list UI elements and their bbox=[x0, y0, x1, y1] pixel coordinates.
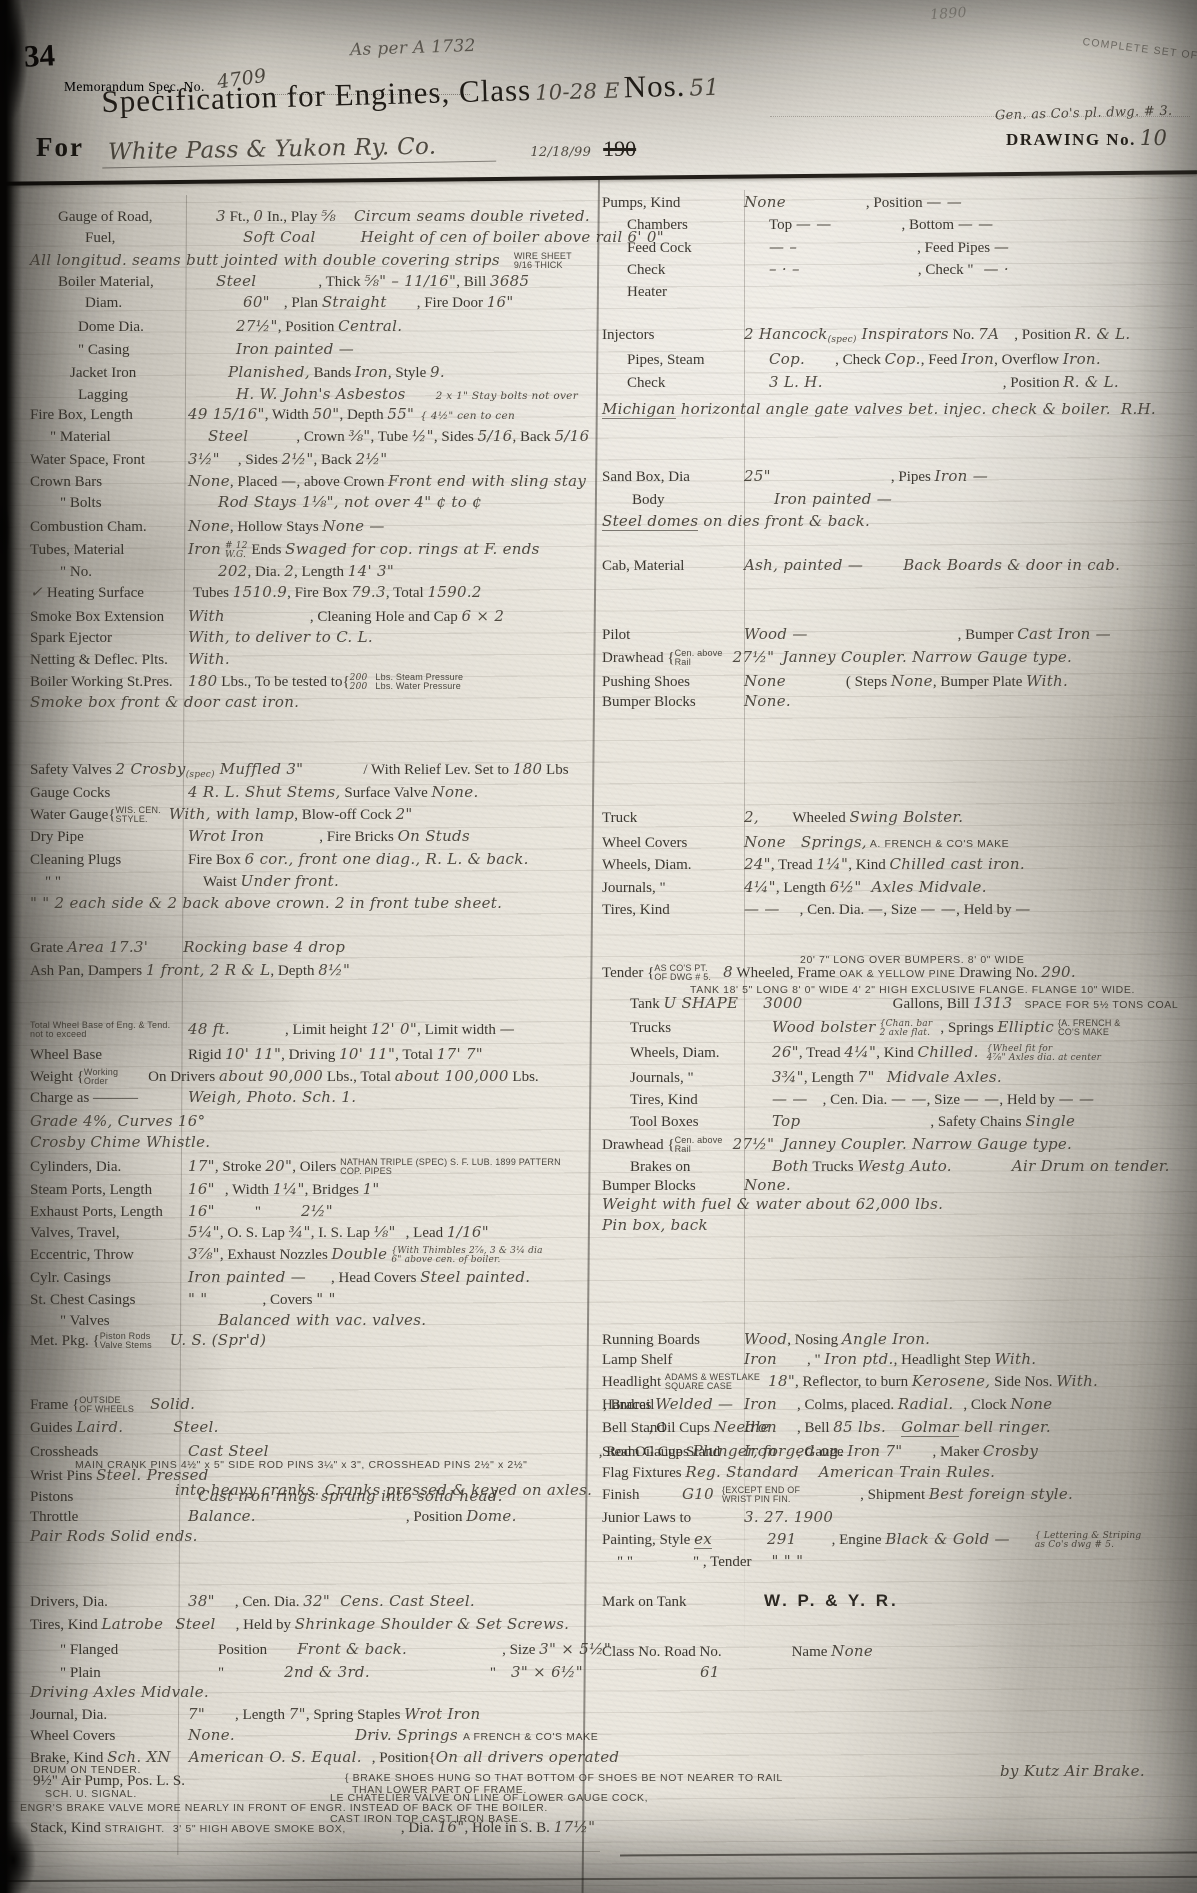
handwritten-text: 7A bbox=[978, 325, 999, 343]
row-truck-tires: Tires, Kind— —, Cen. Dia. —, Size — —, H… bbox=[602, 900, 1031, 919]
printed-text: Combustion Cham. bbox=[30, 518, 188, 536]
printed-text: Wheels, Diam. bbox=[602, 1044, 772, 1062]
handwritten-text: ¾" bbox=[289, 1223, 311, 1241]
handwritten-text: None. bbox=[432, 783, 479, 801]
handwritten-text: 1/16" bbox=[447, 1223, 489, 1241]
row-dome-casing: " CasingIron painted — bbox=[30, 340, 354, 359]
printed-text: Trucks bbox=[809, 1159, 857, 1175]
printed-text: , Engine bbox=[832, 1532, 886, 1548]
printed-text: Crown Bars bbox=[30, 473, 188, 491]
row-gauge-of-road: Gauge of Road,3 Ft., 0 In., Play ⅝Circum… bbox=[30, 207, 590, 226]
printed-text: Frame { bbox=[30, 1397, 79, 1413]
printed-text: , Total bbox=[395, 1047, 437, 1063]
handwritten-text: 5/16 bbox=[478, 427, 513, 445]
printed-text: , Length bbox=[776, 880, 830, 896]
handwritten-text: Rocking base 4 drop bbox=[183, 938, 345, 956]
row-junior-laws: Junior Laws to3. 27. 1900 bbox=[602, 1508, 833, 1527]
row-pilot: PilotWood —, Bumper Cast Iron — bbox=[602, 625, 1111, 644]
handwritten-text: 291 bbox=[767, 1530, 797, 1548]
printed-text: , Depth bbox=[339, 407, 387, 423]
handwritten-text: on dies front & back. bbox=[698, 512, 870, 530]
printed-text: Exhaust Ports, Length bbox=[30, 1203, 188, 1221]
row-lagging: LaggingH. W. John's Asbestos2 x 1" Stay … bbox=[30, 385, 578, 405]
printed-text: Truck bbox=[602, 809, 744, 827]
row-total-wheel-base: Total Wheel Base of Eng. & Tend. not to … bbox=[30, 1020, 515, 1040]
handwritten-text: {With Thimbles 2⅞, 3 & 3¼ dia 6" above c… bbox=[391, 1247, 542, 1266]
printed-text: Pushing Shoes bbox=[602, 673, 744, 691]
handwritten-text: Weight with fuel & water about 62,000 lb… bbox=[602, 1195, 943, 1213]
printed-text: Drivers, Dia. bbox=[30, 1593, 188, 1611]
printed-text: , Bumper bbox=[958, 627, 1018, 643]
handwritten-text: by Kutz Air Brake. bbox=[1000, 1762, 1145, 1780]
row-tender-tires: Tires, Kind— —, Cen. Dia. — —, Size — —,… bbox=[602, 1090, 1094, 1109]
row-tank: Tank U SHAPE3000Gallons, Bill 1313SPACE … bbox=[602, 994, 1178, 1014]
handwritten-text: Chilled cast iron. bbox=[889, 855, 1024, 873]
handwritten-text: None bbox=[891, 672, 933, 690]
printed-text: 3' 5" HIGH ABOVE SMOKE BOX, bbox=[173, 1823, 346, 1835]
printed-text: {A. FRENCH & CO'S MAKE bbox=[1058, 1019, 1120, 1038]
printed-text: Dome Dia. bbox=[30, 318, 236, 336]
handwritten-text: 2" bbox=[396, 805, 413, 823]
printed-text: St. Chest Casings bbox=[30, 1291, 188, 1309]
printed-text: " Casing bbox=[30, 341, 236, 359]
handwritten-text: Iron 7" bbox=[847, 1442, 902, 1460]
handwritten-text: U. S. (Spr'd) bbox=[170, 1331, 266, 1349]
handwritten-text: Steel bbox=[175, 1615, 215, 1633]
row-tool-boxes: Tool BoxesTop, Safety Chains Single bbox=[602, 1112, 1075, 1131]
printed-text: Check bbox=[602, 261, 769, 279]
handwritten-text: {Chan. bar 2 axle flat. bbox=[880, 1020, 933, 1039]
printed-text: Tires, Kind bbox=[602, 901, 744, 919]
handwritten-text: 20" bbox=[265, 1157, 292, 1175]
printed-text: , Length bbox=[294, 564, 348, 580]
handwritten-text: ⅛" bbox=[374, 1223, 396, 1241]
row-crown-bolts: " BoltsRod Stays 1⅛", not over 4" ¢ to ¢ bbox=[30, 493, 482, 512]
handwritten-text: Cast iron rings sprung into solid head. bbox=[198, 1487, 503, 1505]
row-smokebox-front: Smoke box front & door cast iron. bbox=[30, 693, 299, 712]
handwritten-text: Single bbox=[1025, 1112, 1075, 1130]
printed-text: , Bridges bbox=[305, 1182, 363, 1198]
printed-text: , Gauge bbox=[797, 1444, 847, 1460]
printed-text: Lagging bbox=[30, 386, 236, 404]
handwritten-text: None bbox=[744, 193, 786, 211]
printed-text: Ends bbox=[248, 542, 286, 558]
row-tubes-no: " No.202, Dia. 2, Length 14' 3" bbox=[30, 562, 394, 581]
row-longitud-seams: All longitud. seams butt jointed with do… bbox=[30, 251, 572, 271]
for-label: For bbox=[36, 132, 84, 162]
printed-text: Name bbox=[792, 1644, 832, 1660]
row-truck-wheel-covers: Wheel CoversNoneSprings, A. FRENCH & CO'… bbox=[602, 833, 1009, 853]
handwritten-text: Dome. bbox=[466, 1507, 516, 1525]
row-truck: Truck2, Wheeled Swing Bolster. bbox=[602, 808, 963, 827]
printed-text: , Kind bbox=[848, 857, 889, 873]
handwritten-text: 50" bbox=[313, 405, 340, 423]
printed-text: , Kind bbox=[876, 1045, 917, 1061]
printed-text: Weight { bbox=[30, 1069, 84, 1085]
handwritten-text: G10 bbox=[682, 1485, 714, 1503]
handwritten-text: 61 bbox=[700, 1663, 720, 1681]
handwritten-text: Central. bbox=[338, 317, 402, 335]
row-pushing-shoes: Pushing ShoesNone( Steps None, Bumper Pl… bbox=[602, 672, 1068, 691]
row-pin-box: Pin box, back bbox=[602, 1216, 708, 1235]
handwritten-text: 24" bbox=[744, 855, 771, 873]
row-dome-dia: Dome Dia.27½", Position Central. bbox=[30, 317, 402, 336]
handwritten-text: None bbox=[188, 517, 230, 535]
handwritten-text: 6½" bbox=[830, 878, 862, 896]
handwritten-text: 17½" bbox=[554, 1818, 596, 1836]
printed-text: , Placed bbox=[230, 474, 281, 490]
printed-text: , Cen. Dia. bbox=[800, 902, 868, 918]
printed-text: Water Space, Front bbox=[30, 451, 188, 469]
handwritten-text: 16" bbox=[438, 1818, 465, 1836]
handwritten-text: 3. 27. 1900 bbox=[744, 1508, 833, 1526]
row-tender-drawhead: Drawhead {Cen. above Rail27½"Janney Coup… bbox=[602, 1135, 1072, 1155]
row-michigan-note: Michigan horizontal angle gate valves be… bbox=[602, 400, 1156, 419]
printed-text: , Fire Door bbox=[417, 295, 487, 311]
printed-text: , Position bbox=[278, 319, 338, 335]
printed-text: Injectors bbox=[602, 326, 744, 344]
handwritten-text: 3¾" bbox=[772, 1068, 804, 1086]
handwritten-text: Iron painted — bbox=[774, 490, 892, 508]
handwritten-text: 180 bbox=[513, 760, 543, 778]
row-cleaning-extra: " " 2 each side & 2 back above crown. 2 … bbox=[30, 894, 502, 913]
printed-text: , Dia. bbox=[401, 1820, 438, 1836]
handwritten-text: 5/16 bbox=[555, 427, 590, 445]
printed-text: Tank bbox=[602, 996, 664, 1012]
handwritten-text: Iron painted — bbox=[236, 340, 354, 358]
handwritten-text: 0 bbox=[253, 207, 263, 225]
row-tires-plain: " Plain"2nd & 3rd."3" × 6½" bbox=[30, 1663, 583, 1682]
title-nos-value: 51 bbox=[689, 75, 720, 102]
handwritten-text: On Studs bbox=[398, 827, 470, 845]
printed-text: , O. S. Lap bbox=[220, 1225, 289, 1241]
row-water-space: Water Space, Front3½", Sides 2½", Back 2… bbox=[30, 450, 388, 469]
row-tires-flanged: " FlangedPositionFront & back., Size 3" … bbox=[30, 1640, 611, 1659]
handwritten-text: — — bbox=[926, 193, 962, 211]
handwritten-text: 3 bbox=[216, 207, 226, 225]
printed-text: Wheel Base bbox=[30, 1046, 188, 1064]
handwritten-text: Springs, bbox=[801, 833, 867, 851]
handwritten-text: U SHAPE bbox=[664, 994, 739, 1012]
row-painting: Painting, Style ex291, Engine Black & Go… bbox=[602, 1530, 1141, 1551]
printed-text: Mark on Tank bbox=[602, 1593, 744, 1611]
row-cab-material: Cab, MaterialAsh, painted —Back Boards &… bbox=[602, 556, 1120, 575]
printed-text: , Limit height bbox=[285, 1022, 371, 1038]
row-drawhead: Drawhead {Cen. above Rail27½"Janney Coup… bbox=[602, 648, 1072, 668]
handwritten-text: 2 x 1" Stay bolts not over bbox=[436, 390, 578, 402]
handwritten-text: 290. bbox=[1041, 963, 1076, 981]
handwritten-text: 16" bbox=[188, 1202, 215, 1220]
printed-text: Valves, Travel, bbox=[30, 1224, 188, 1242]
printed-text: Lbs. Steam Pressure Lbs. Water Pressure bbox=[375, 673, 463, 692]
row-running-boards: Running BoardsWood, Nosing Angle Iron. bbox=[602, 1330, 930, 1349]
printed-text: " No. bbox=[30, 563, 218, 581]
handwritten-text: ⅜" bbox=[348, 427, 370, 445]
bottom-rule bbox=[0, 1876, 1197, 1882]
handwritten-text: " " 2 each side & 2 back above crown. 2 … bbox=[30, 894, 502, 912]
handwritten-text: With, to deliver to C. L. bbox=[188, 628, 373, 646]
handwritten-text: 1¼" bbox=[816, 855, 848, 873]
printed-text: In., Play bbox=[263, 209, 321, 225]
handwritten-text: With. bbox=[994, 1350, 1036, 1368]
row-journal-dia: Journal, Dia.7", Length 7", Spring Stapl… bbox=[30, 1705, 480, 1724]
printed-text: Working Order bbox=[84, 1068, 118, 1087]
handwritten-text: Inspirators bbox=[857, 325, 949, 343]
handwritten-text: 202 bbox=[218, 562, 248, 580]
row-domes-note: Steel domes on dies front & back. bbox=[602, 512, 870, 531]
printed-text: Fuel, bbox=[30, 229, 243, 247]
handwritten-text: — bbox=[1015, 900, 1030, 918]
printed-text: , Hollow Stays bbox=[230, 519, 323, 535]
handwritten-text: Double bbox=[332, 1245, 388, 1263]
gen-note: Gen. as Co's pl. dwg. # 3. bbox=[995, 104, 1173, 124]
handwritten-text: Iron. bbox=[1063, 350, 1101, 368]
printed-text: , Head Covers bbox=[331, 1270, 420, 1286]
handwritten-text: Circum seams double riveted. bbox=[354, 207, 590, 225]
printed-text: , Dia. bbox=[248, 564, 285, 580]
printed-text: , Overflow bbox=[994, 352, 1063, 368]
handwritten-text: Ash, painted — bbox=[744, 556, 863, 574]
handwritten-text: Radial. bbox=[898, 1395, 954, 1413]
row-lamp-shelf: Lamp ShelfIron, " Iron ptd., Headlight S… bbox=[602, 1350, 1036, 1369]
handwritten-text: Pin box, back bbox=[602, 1216, 708, 1234]
printed-text: Tubes, Material bbox=[30, 541, 188, 559]
handwritten-text: ⅝ bbox=[321, 207, 336, 225]
handwritten-text: — — bbox=[891, 1090, 927, 1108]
handwritten-text: 1590.2 bbox=[427, 583, 481, 601]
printed-text: , Held by bbox=[956, 902, 1015, 918]
handwritten-text: Top bbox=[772, 1112, 800, 1130]
printed-text: Flag Fixtures bbox=[602, 1465, 685, 1481]
handwritten-text: With. bbox=[1056, 1372, 1098, 1390]
year-printed-struck: 190 bbox=[603, 136, 636, 161]
handwritten-text: None. bbox=[744, 1176, 791, 1194]
drawing-no-line: DRAWING No. 10 bbox=[1006, 126, 1167, 150]
row-finish: FinishG10{EXCEPT END OF WRIST PIN FIN., … bbox=[602, 1485, 1073, 1505]
handwritten-text: Air Drum on tender. bbox=[1012, 1157, 1170, 1175]
row-tubes-material: Tubes, MaterialIron# 12 W.G. Ends Swaged… bbox=[30, 540, 540, 561]
handwritten-text: 85 lbs. bbox=[833, 1418, 886, 1436]
printed-text: " Flanged bbox=[30, 1641, 218, 1659]
row-mark-on-tank: Mark on TankW. P. & Y. R. bbox=[602, 1592, 899, 1611]
printed-text: , Cleaning Hole and Cap bbox=[310, 609, 462, 625]
handwritten-text: Balanced with vac. valves. bbox=[218, 1311, 426, 1329]
printed-text: ADAMS & WESTLAKE SQUARE CASE bbox=[665, 1373, 760, 1392]
printed-text: Wrist Pins bbox=[30, 1468, 96, 1484]
printed-text: Feed Cock bbox=[602, 239, 769, 257]
handwritten-text: 2, bbox=[744, 808, 759, 826]
handwritten-text: 17" bbox=[188, 1157, 215, 1175]
printed-text: Fire Box bbox=[188, 852, 245, 868]
row-pump-chambers: ChambersTop — —, Bottom — — bbox=[602, 215, 993, 234]
row-bell-stand: Bell StandIron, Bell 85 lbs.Golmar bell … bbox=[602, 1418, 1051, 1437]
handwritten-text: " " bbox=[188, 1290, 207, 1308]
printed-text: WIRE SHEET 9/16 THICK bbox=[514, 252, 572, 271]
handwritten-text: 2nd & 3rd. bbox=[284, 1663, 370, 1681]
handwritten-text: Grade 4%, Curves 16° bbox=[30, 1112, 205, 1130]
row-dry-pipe: Dry PipeWrot Iron, Fire Bricks On Studs bbox=[30, 827, 470, 846]
printed-text: , Bumper Plate bbox=[933, 674, 1026, 690]
row-drivers-dia: Drivers, Dia.38", Cen. Dia. 32"Cens. Cas… bbox=[30, 1592, 475, 1611]
printed-text: Jacket Iron bbox=[30, 364, 228, 382]
printed-text: Dry Pipe bbox=[30, 828, 188, 846]
handwritten-text: Michigan bbox=[602, 400, 676, 419]
handwritten-text: — bbox=[868, 900, 883, 918]
scanned-specification-page: 34 As per A 1732 1890 COMPLETE SET OF PR… bbox=[0, 0, 1197, 1893]
printed-text: A. FRENCH & CO'S MAKE bbox=[867, 838, 1009, 850]
row-valves-travel: Valves, Travel,5¼", O. S. Lap ¾", I. S. … bbox=[30, 1223, 489, 1242]
row-cyl-casings: Cylr. CasingsIron painted —, Head Covers… bbox=[30, 1268, 530, 1287]
printed-text: Wheel Covers bbox=[602, 834, 744, 852]
printed-text: Chambers bbox=[602, 216, 769, 234]
handwritten-text: Wood — bbox=[744, 625, 808, 643]
handwritten-text: With bbox=[188, 607, 225, 625]
handwritten-text: Driving Axles Midvale. bbox=[30, 1683, 209, 1701]
handwritten-text: 1510.9 bbox=[233, 583, 287, 601]
printed-text: , Cen. Dia. bbox=[235, 1594, 303, 1610]
printed-text: Boiler Working St.Pres. bbox=[30, 673, 188, 691]
handwritten-text: Area 17.3' bbox=[67, 938, 148, 956]
printed-text: Gauge of Road, bbox=[30, 208, 216, 226]
handwritten-text: Straight bbox=[322, 293, 387, 311]
title-nos-label: Nos. bbox=[623, 68, 686, 105]
row-cleaning-plugs: Cleaning PlugsFire Box 6 cor., front one… bbox=[30, 850, 529, 869]
printed-text: , Limit width bbox=[417, 1022, 500, 1038]
printed-text: Painting, Style bbox=[602, 1532, 694, 1548]
handwritten-text: 200 200 bbox=[350, 674, 368, 693]
binding-shadow bbox=[0, 0, 22, 1893]
handwritten-text: 1 front, 2 R & L bbox=[146, 961, 271, 979]
printed-text: , Position bbox=[866, 195, 926, 211]
handwritten-text: — — bbox=[964, 1090, 1000, 1108]
row-class-road-name: Class No. Road No.Name None bbox=[602, 1642, 873, 1661]
row-bumper-blocks: Bumper BlocksNone. bbox=[602, 692, 791, 711]
printed-text: " Material bbox=[30, 428, 208, 446]
printed-text: Handrail bbox=[602, 1396, 744, 1414]
handwritten-text: – · – bbox=[769, 260, 800, 278]
handwritten-text: — · bbox=[984, 260, 1009, 278]
handwritten-text: R. & L. bbox=[1063, 373, 1119, 391]
handwritten-text: 48 ft. bbox=[188, 1020, 230, 1038]
printed-text: , Check " bbox=[918, 262, 974, 278]
checkmark: ✓ bbox=[30, 583, 43, 601]
printed-text: , Pipes bbox=[891, 469, 935, 485]
handwritten-text: 79.3 bbox=[351, 583, 386, 601]
handwritten-text: Iron — bbox=[935, 467, 988, 485]
printed-text: Safety Valves bbox=[30, 762, 116, 778]
printed-text: Bands bbox=[310, 365, 355, 381]
printed-text: Lbs., Total bbox=[323, 1069, 395, 1085]
printed-text: , I. S. Lap bbox=[311, 1225, 374, 1241]
handwritten-text: (spec) bbox=[186, 771, 215, 781]
handwritten-text: Best foreign style. bbox=[929, 1485, 1073, 1503]
handwritten-text: 26" bbox=[772, 1043, 799, 1061]
handwritten-text: " " " bbox=[772, 1552, 804, 1570]
handwritten-text: 2 Hancock bbox=[744, 325, 828, 343]
printed-text: Heating Surface bbox=[43, 584, 193, 602]
row-tender-trucks: TrucksWood bolster{Chan. bar 2 axle flat… bbox=[602, 1018, 1120, 1039]
handwritten-text: 4¼" bbox=[744, 878, 776, 896]
handwritten-text: Planished, bbox=[228, 363, 310, 381]
printed-text: Trucks bbox=[602, 1019, 772, 1037]
row-sand-body: BodyIron painted — bbox=[602, 490, 892, 509]
printed-text: Journals, " bbox=[602, 879, 744, 897]
handwritten-text: R. & L. bbox=[1075, 325, 1131, 343]
handwritten-text: Muffled 3" bbox=[215, 760, 304, 778]
handwritten-text: 2½" bbox=[301, 1202, 333, 1220]
row-boiler-diam: Diam.60", Plan Straight, Fire Door 16" bbox=[30, 293, 514, 312]
handwritten-text: 3685 bbox=[490, 272, 529, 290]
printed-text: , Position bbox=[1014, 327, 1074, 343]
printed-text: Cylinders, Dia. bbox=[30, 1158, 188, 1176]
handwritten-text: None. bbox=[744, 692, 791, 710]
printed-text: Stack, Kind bbox=[30, 1820, 105, 1836]
printed-text: , Thick bbox=[318, 274, 364, 290]
row-met-pkg: Met. Pkg. {Piston Rods Valve StemsU. S. … bbox=[30, 1331, 266, 1351]
handwritten-text: 3" × 6½" bbox=[511, 1663, 583, 1681]
printed-text: Junior Laws to bbox=[602, 1509, 744, 1527]
handwritten-text: 5¼" bbox=[188, 1223, 220, 1241]
printed-text: Class No. Road No. bbox=[602, 1644, 722, 1660]
printed-text: Eccentric, Throw bbox=[30, 1246, 188, 1264]
handwritten-text: (spec) bbox=[828, 336, 857, 346]
row-tender-journals: Journals, "3¾", Length 7"Midvale Axles. bbox=[602, 1068, 1002, 1087]
handwritten-text: Steel painted. bbox=[420, 1268, 530, 1286]
handwritten-text: Swaged for cop. rings at F. ends bbox=[285, 540, 539, 558]
handwritten-text: Crosby bbox=[983, 1442, 1038, 1460]
handwritten-text: Steel domes bbox=[602, 512, 698, 531]
handwritten-text: All longitud. seams butt jointed with do… bbox=[30, 251, 500, 269]
title-class-value: 10-28 E bbox=[535, 79, 620, 105]
handwritten-text: 10' 11" bbox=[225, 1045, 281, 1063]
row-spark-ejector: Spark EjectorWith, to deliver to C. L. bbox=[30, 628, 373, 647]
printed-text: , Size bbox=[883, 902, 920, 918]
row-heating-surface: ✓Heating SurfaceTubes 1510.9, Fire Box 7… bbox=[30, 583, 482, 602]
printed-text: Bumper Blocks bbox=[602, 1177, 744, 1195]
handwritten-text: Janney Coupler. Narrow Gauge type. bbox=[782, 1135, 1072, 1153]
printed-text: Drawing No. bbox=[956, 965, 1042, 981]
row-wheel-base: Wheel BaseRigid 10' 11", Driving 10' 11"… bbox=[30, 1045, 483, 1064]
handwritten-text: ex bbox=[694, 1530, 712, 1549]
handwritten-text: 3" × 5½" bbox=[539, 1640, 611, 1658]
printed-text: Drawhead { bbox=[602, 1137, 675, 1153]
drawing-no-value: 10 bbox=[1140, 126, 1167, 150]
handwritten-text: None bbox=[1011, 1395, 1053, 1413]
handwritten-text: 27½" bbox=[733, 648, 775, 666]
printed-text: , Tread bbox=[771, 857, 816, 873]
handwritten-text: Wrot Iron bbox=[188, 827, 264, 845]
printed-text: Fire Box, Length bbox=[30, 406, 188, 424]
date-value: 12/18/99 bbox=[530, 145, 591, 160]
row-firebox-length: Fire Box, Length49 15/16", Width 50", De… bbox=[30, 405, 515, 425]
printed-text: Rigid bbox=[188, 1047, 225, 1063]
row-air-brake-note: by Kutz Air Brake. bbox=[1000, 1762, 1145, 1781]
printed-text: , Size bbox=[502, 1642, 539, 1658]
handwritten-text: Steel bbox=[216, 272, 256, 290]
printed-text: " " bbox=[30, 873, 203, 891]
handwritten-text: Driv. Springs bbox=[355, 1726, 463, 1744]
for-value: White Pass & Yukon Ry. Co. bbox=[102, 133, 497, 169]
printed-text: OUTSIDE OF WHEELS bbox=[79, 1396, 134, 1415]
row-painting-tender: " "" , Tender" " " bbox=[602, 1552, 803, 1571]
handwritten-text: — – bbox=[769, 238, 797, 256]
row-tender-weight: Weight with fuel & water about 62,000 lb… bbox=[602, 1195, 943, 1214]
row-st-chest-valves: " ValvesBalanced with vac. valves. bbox=[30, 1311, 426, 1330]
handwritten-text: Soft Coal bbox=[243, 228, 316, 246]
handwritten-text: Chilled. bbox=[917, 1043, 978, 1061]
printed-text: Tires, Kind bbox=[602, 1091, 772, 1109]
handwritten-text: Wrot Iron bbox=[404, 1705, 480, 1723]
